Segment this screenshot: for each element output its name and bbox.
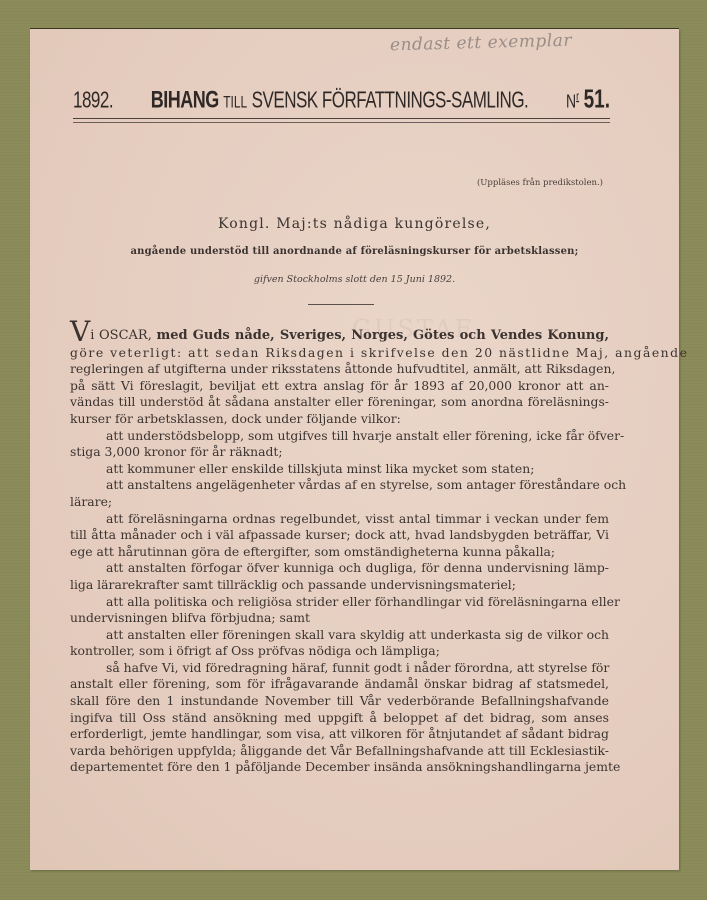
header-bihang: BIHANG <box>151 86 219 113</box>
document-title: Kongl. Maj:ts nådiga kungörelse, <box>30 216 679 232</box>
header-title-group: BIHANG TILL SVENSK FÖRFATTNINGS-SAMLING. <box>151 86 529 114</box>
document-subtitle: angående understöd till anordnande af fö… <box>30 246 679 257</box>
body-line: ingifva till Oss ständ ansökning med upp… <box>70 710 609 727</box>
header-double-rule <box>73 118 610 123</box>
header-number-group: Nr 51. <box>566 86 610 116</box>
body-line: göre veterligt: att sedan Riksdagen i sk… <box>70 345 609 362</box>
body-line: erforderligt, jemte handlingar, som visa… <box>70 726 609 743</box>
dateline: gifven Stockholms slott den 15 Juni 1892… <box>30 274 679 285</box>
body-line: departementet före den 1 påföljande Dece… <box>70 759 609 776</box>
body-line: till åtta månader och i väl afpassade ku… <box>70 527 609 544</box>
condition-line: att anstalten förfogar öfver kunniga och… <box>70 560 609 577</box>
nr-text: N <box>566 90 576 112</box>
document-body: Vi OSCAR, med Guds nåde, Sveriges, Norge… <box>70 322 609 776</box>
body-line: skall före den 1 instundande November ti… <box>70 693 609 710</box>
condition-line: att alla politiska och religiösa strider… <box>70 594 609 611</box>
condition-line: att kommuner eller enskilde tillskjuta m… <box>70 461 609 478</box>
decree-line: så hafve Vi, vid föredragning häraf, fun… <box>70 660 609 677</box>
header-till: TILL <box>223 93 247 112</box>
body-line: liga lärarekrafter samt tillräcklig och … <box>70 577 609 594</box>
body-line: anstalt eller förening, som för ifrågava… <box>70 676 609 693</box>
condition-line: att understödsbelopp, som utgifves till … <box>70 428 609 445</box>
condition-line: att anstalten eller föreningen skall var… <box>70 627 609 644</box>
body-line: regleringen af utgifterna under riksstat… <box>70 361 609 378</box>
opening-oscar: OSCAR, <box>99 328 152 343</box>
section-divider <box>308 304 374 305</box>
body-line: varda behörigen uppfylda; åliggande det … <box>70 743 609 760</box>
publication-header: 1892. BIHANG TILL SVENSK FÖRFATTNINGS-SA… <box>73 86 610 116</box>
header-nr-label: Nr <box>566 90 579 112</box>
body-line: undervisningen blifva förbjudna; samt <box>70 610 609 627</box>
body-line: ege att hårutinnan göra de eftergifter, … <box>70 544 609 561</box>
nr-superscript: r <box>576 89 579 103</box>
condition-line: att föreläsningarna ordnas regelbundet, … <box>70 511 609 528</box>
condition-line: att anstaltens angelägenheter vårdas af … <box>70 477 609 494</box>
opening-line: Vi OSCAR, med Guds nåde, Sveriges, Norge… <box>70 322 609 345</box>
body-line: stiga 3,000 kronor för år räknadt; <box>70 444 609 461</box>
handwritten-note: endast ett exemplar <box>390 31 572 56</box>
header-number: 51. <box>584 86 610 114</box>
body-line: kurser för arbetsklassen, dock under föl… <box>70 411 609 428</box>
reading-note: (Uppläses från predikstolen.) <box>477 178 603 188</box>
body-line: vändas till understöd åt sådana anstalte… <box>70 394 609 411</box>
document-page: endast ett exemplar 1892. BIHANG TILL SV… <box>30 29 679 870</box>
body-line: lärare; <box>70 494 609 511</box>
body-line: på sätt Vi föreslagit, beviljat ett extr… <box>70 378 609 395</box>
body-line: kontroller, som i öfrigt af Oss pröfvas … <box>70 643 609 660</box>
header-title: SVENSK FÖRFATTNINGS-SAMLING. <box>252 87 529 113</box>
header-year: 1892. <box>73 87 113 114</box>
drop-cap: V <box>70 315 90 348</box>
royal-title: med Guds nåde, Sveriges, Norges, Götes o… <box>156 328 609 343</box>
opening-i: i <box>90 328 94 343</box>
